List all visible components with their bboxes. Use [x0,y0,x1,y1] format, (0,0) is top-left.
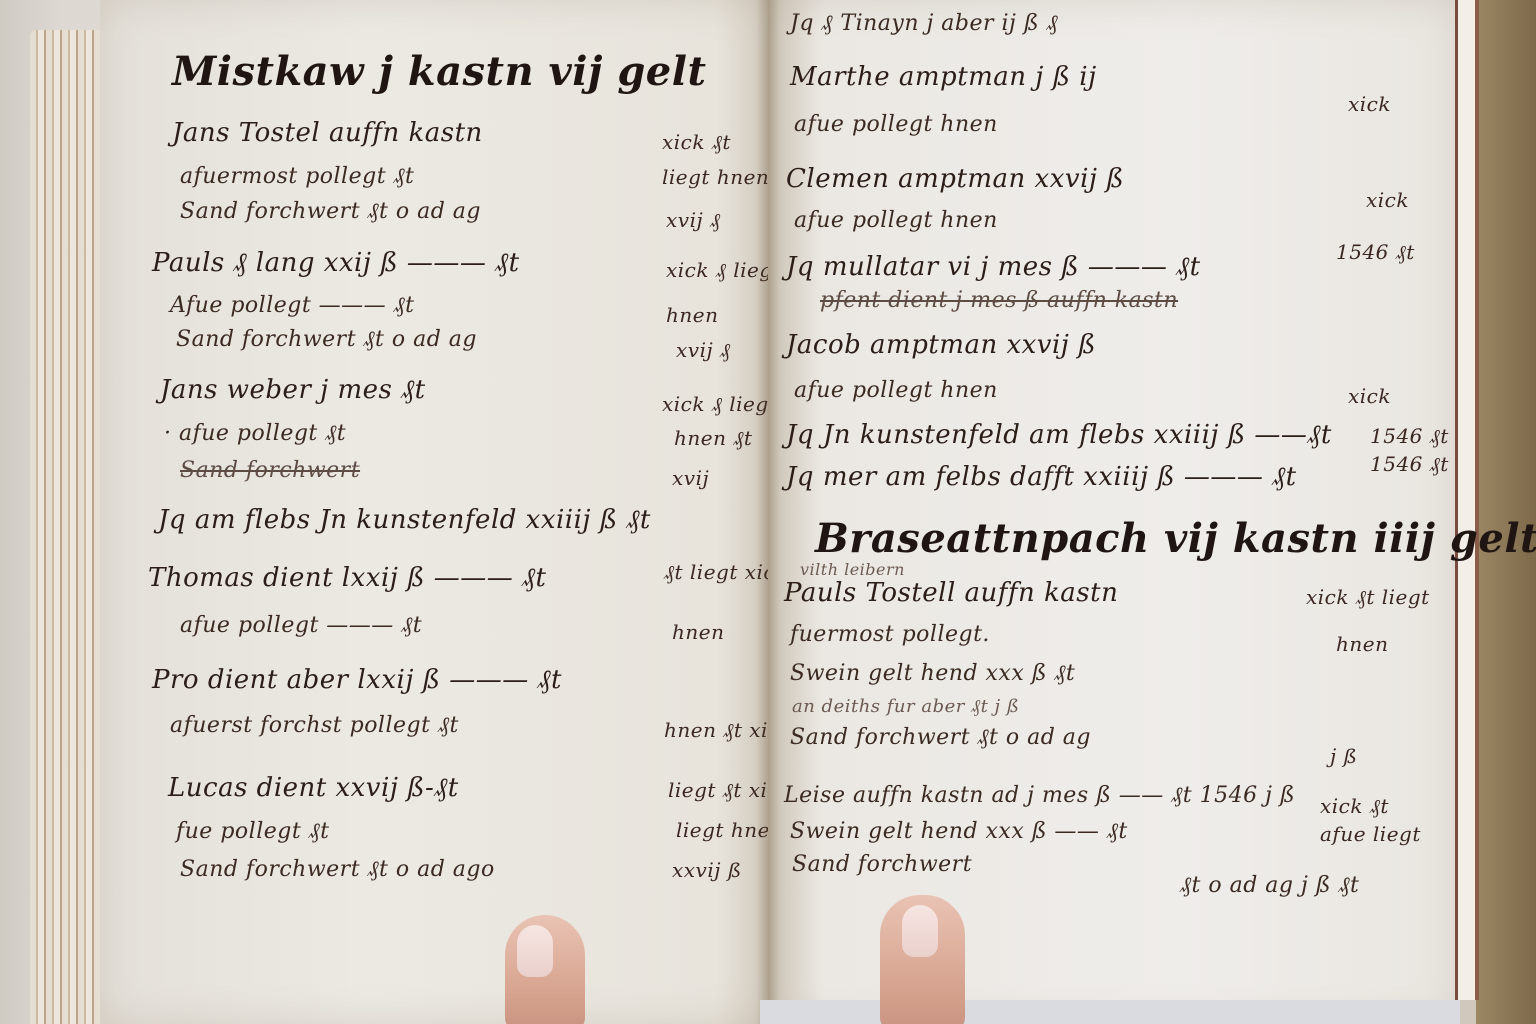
ledger-line: afue pollegt hnen [794,112,998,137]
ledger-line: Jq Jn kunstenfeld am flebs xxiiij ß ——₰t [786,420,1332,450]
ledger-line: fue pollegt ₰t [176,818,330,844]
ledger-line: afue pollegt hnen [794,378,998,403]
ledger-line: Sand forchwert ₰t o ad ago [180,856,495,882]
ledger-line: an deiths fur aber ₰t j ß [792,696,1019,717]
ledger-line: Sand forchwert ₰t o ad ag [790,724,1091,750]
ledger-line: Pauls ₰ lang xxij ß ——— ₰t [152,248,520,278]
margin-note: 1546 ₰t [1370,452,1449,477]
ledger-line: · afue pollegt ₰t [164,420,346,446]
ledger-line: Jq mer am felbs dafft xxiiij ß ——— ₰t [786,462,1297,492]
ledger-line: Marthe amptman j ß ij [790,62,1097,92]
ledger-line: Sand forchwert ₰t o ad ag [180,198,481,224]
margin-note: j ß [1330,744,1357,768]
margin-note: xick ₰t [1320,794,1389,819]
ledger-line: Jans Tostel auffn kastn [172,118,483,148]
margin-note: hnen [666,303,718,327]
margin-note: hnen [672,620,724,644]
ledger-line: Leise auffn kastn ad j mes ß —— ₰t 1546 … [784,782,1295,808]
ledger-line: Pauls Tostell auffn kastn [784,578,1118,608]
ledger-line: Thomas dient lxxij ß ——— ₰t [148,563,546,593]
margin-note: hnen ₰t [674,426,752,451]
ledger-line: Jans weber j mes ₰t [160,375,426,405]
book-gutter [756,0,780,1024]
margin-note: xvij ₰ [676,338,731,363]
ledger-line-fragment: Jq ₰ Tinayn j aber ij ß ₰ [790,10,1058,36]
margin-note: xick [1366,188,1409,212]
ledger-line: Pro dient aber lxxij ß ——— ₰t [152,665,562,695]
thumbnail [902,905,938,957]
book-fore-edge-right [1455,0,1479,1000]
ledger-line: ₰t o ad ag j ß ₰t [1180,872,1359,898]
ledger-line: afuerst forchst pollegt ₰t [170,712,459,738]
ledger-line: Afue pollegt ——— ₰t [170,292,415,318]
ledger-line: Jq mullatar vi j mes ß ——— ₰t [786,252,1201,282]
ledger-line: Clemen amptman xxvij ß [786,164,1124,194]
ledger-line: Lucas dient xxvij ß-₰t [168,773,459,803]
ledger-line: Jacob amptman xxvij ß [786,330,1096,360]
right-thumb [880,895,965,1024]
left-thumb [505,915,585,1024]
left-page-heading: Mistkaw j kastn vij gelt [172,48,706,95]
ledger-line: afuermost pollegt ₰t [180,163,414,189]
ledger-line: Sand forchwert [792,852,972,877]
margin-note: afue liegt [1320,822,1421,846]
thumbnail [517,925,553,977]
ledger-line: afue pollegt hnen [794,208,998,233]
ledger-line-struck: Sand forchwert [180,458,360,483]
margin-note: xick [1348,384,1391,408]
margin-note: xick ₰t liegt [1306,585,1430,610]
margin-note: liegt hnen [662,165,769,189]
ledger-line: Swein gelt hend xxx ß —— ₰t [790,818,1128,844]
ledger-line: fuermost pollegt. [790,622,990,647]
ledger-line: Jq am flebs Jn kunstenfeld xxiiij ß ₰t [158,505,651,535]
cloth-underlay [760,1000,1460,1024]
margin-note: xxvij ß [672,858,742,882]
margin-note: hnen [1336,632,1388,656]
margin-note: xvij ₰ [666,208,721,233]
ledger-line-struck: pfent dient j mes ß auffn kastn [820,288,1178,313]
margin-note: 1546 ₰t [1336,240,1415,265]
ledger-line: afue pollegt ——— ₰t [180,612,422,638]
margin-note: xick [1348,92,1391,116]
ledger-line: Swein gelt hend xxx ß ₰t [790,660,1075,686]
margin-note: 1546 ₰t [1370,424,1449,449]
interlinear-note: vilth leibern [800,560,905,579]
margin-note: xick ₰t [662,130,731,155]
right-page-heading: Braseattnpach vij kastn iiij gelt [815,515,1536,562]
table-shadow [1476,0,1536,1024]
margin-note: xvij [672,466,709,490]
ledger-line: Sand forchwert ₰t o ad ag [176,326,477,352]
